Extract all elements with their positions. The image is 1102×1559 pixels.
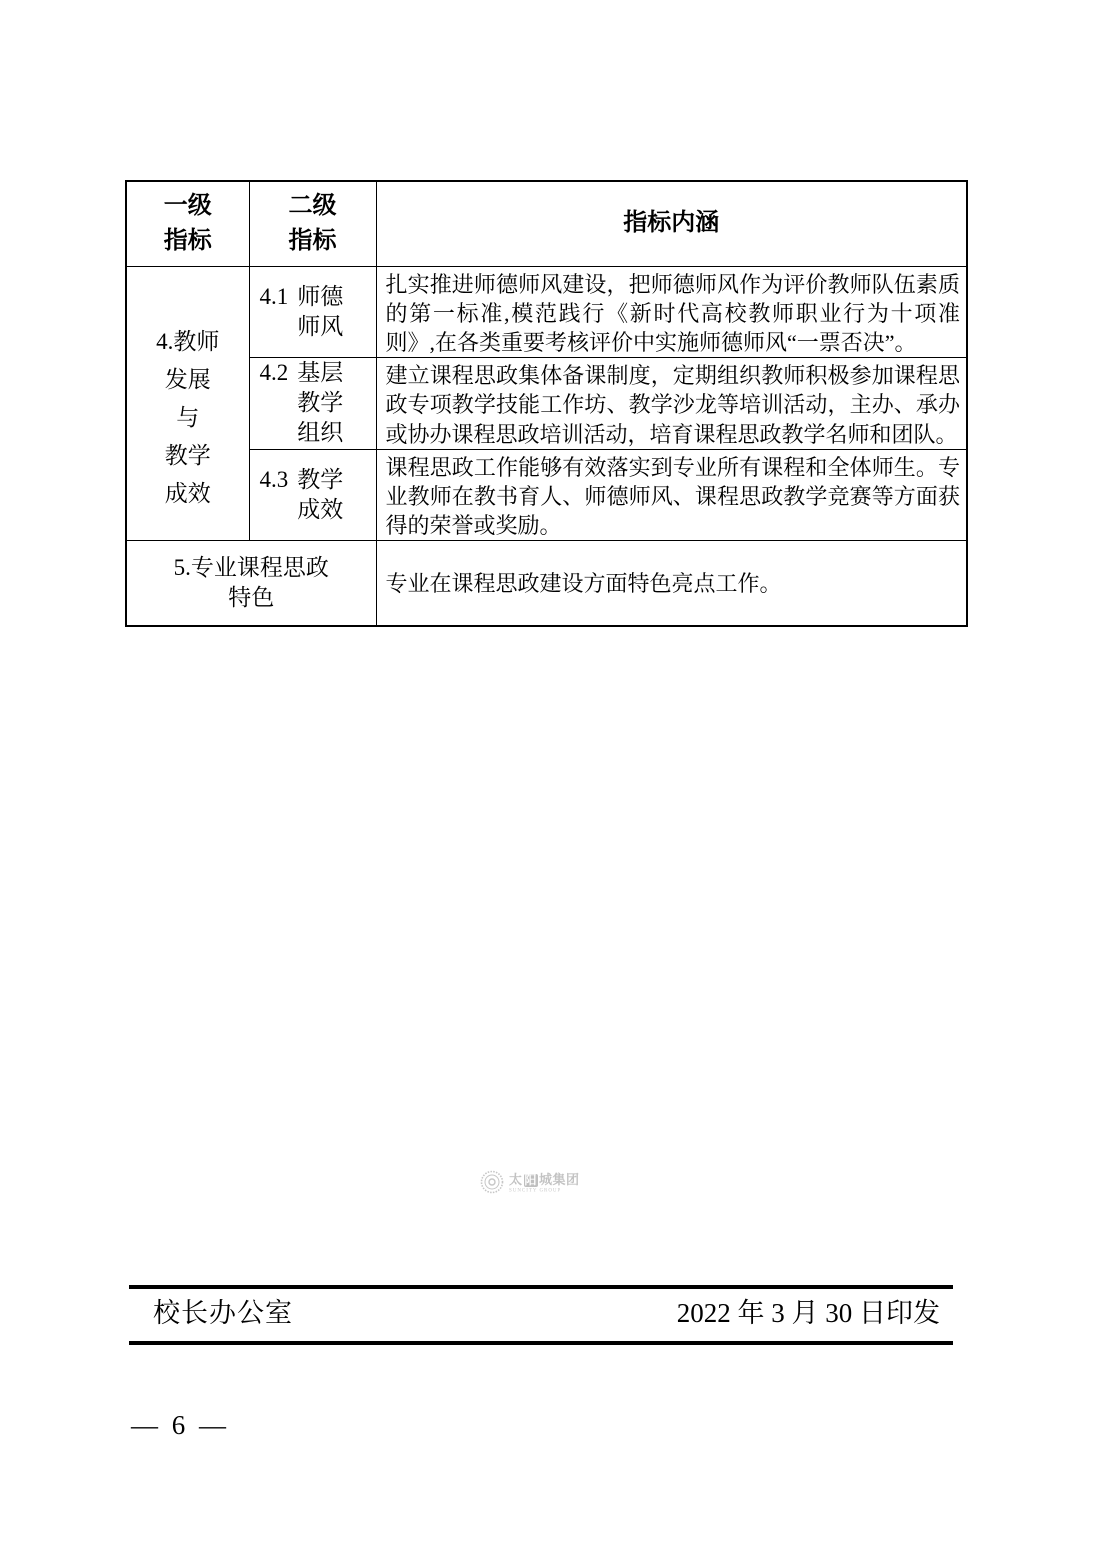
header-indicator-content: 指标内涵 [376,181,967,266]
indicator-4-3-num: 4.3 [260,465,289,495]
indicator-4-1-name: 师德 师风 [297,282,343,342]
cell-desc-4-2: 建立课程思政集体备课制度，定期组织教师积极参加课程思政专项教学技能工作坊、教学沙… [376,358,967,450]
indicator-4-3-name: 教学 成效 [297,465,343,525]
header-level1-indicator: 一级 指标 [126,181,249,266]
colophon-top-rule [129,1285,953,1289]
cell-desc-4-3: 课程思政工作能够有效落实到专业所有课程和全体师生。专业教师在教书育人、师德师风、… [376,449,967,541]
cell-indicator-5-label: 5.专业课程思政 特色 [126,541,376,626]
indicator-4-2-name: 基层 教学 组织 [297,358,343,448]
indicator-table: 一级 指标 二级 指标 指标内涵 4.教师 发展 与 教学 成效 4.1 师德 … [125,180,968,627]
header-level2-indicator: 二级 指标 [249,181,376,266]
colophon-bottom-rule [129,1341,953,1345]
cell-group4-label: 4.教师 发展 与 教学 成效 [126,266,249,541]
watermark: 太阳城集团 SUNCITY GROUP [480,1170,593,1199]
watermark-cn-text: 太阳城集团 [509,1173,593,1187]
indicator-4-2-num: 4.2 [260,358,289,388]
table-row-4-3: 4.3 教学 成效 课程思政工作能够有效落实到专业所有课程和全体师生。专业教师在… [126,449,967,541]
print-date: 2022 年 3 月 30 日印发 [677,1297,940,1329]
cell-indicator-4-3: 4.3 教学 成效 [249,449,376,541]
cell-indicator-4-1: 4.1 师德 师风 [249,266,376,358]
table-header-row: 一级 指标 二级 指标 指标内涵 [126,181,967,266]
watermark-en-text: SUNCITY GROUP [509,1188,561,1193]
indicator-4-1-num: 4.1 [260,282,289,312]
table-row-5: 5.专业课程思政 特色 专业在课程思政建设方面特色亮点工作。 [126,541,967,626]
suncity-logo-icon [480,1170,504,1199]
watermark-highlight-char: 阳 [524,1174,539,1187]
cell-indicator-4-2: 4.2 基层 教学 组织 [249,358,376,450]
issuing-office: 校长办公室 [153,1297,293,1329]
cell-desc-4-1: 扎实推进师德师风建设，把师德师风作为评价教师队伍素质的第一标准,模范践行《新时代… [376,266,967,358]
table-row-4-1: 4.教师 发展 与 教学 成效 4.1 师德 师风 扎实推进师德师风建设，把师德… [126,266,967,358]
table-row-4-2: 4.2 基层 教学 组织 建立课程思政集体备课制度，定期组织教师积极参加课程思政… [126,358,967,450]
cell-desc-5: 专业在课程思政建设方面特色亮点工作。 [376,541,967,626]
page-number: — 6 — [131,1408,226,1442]
